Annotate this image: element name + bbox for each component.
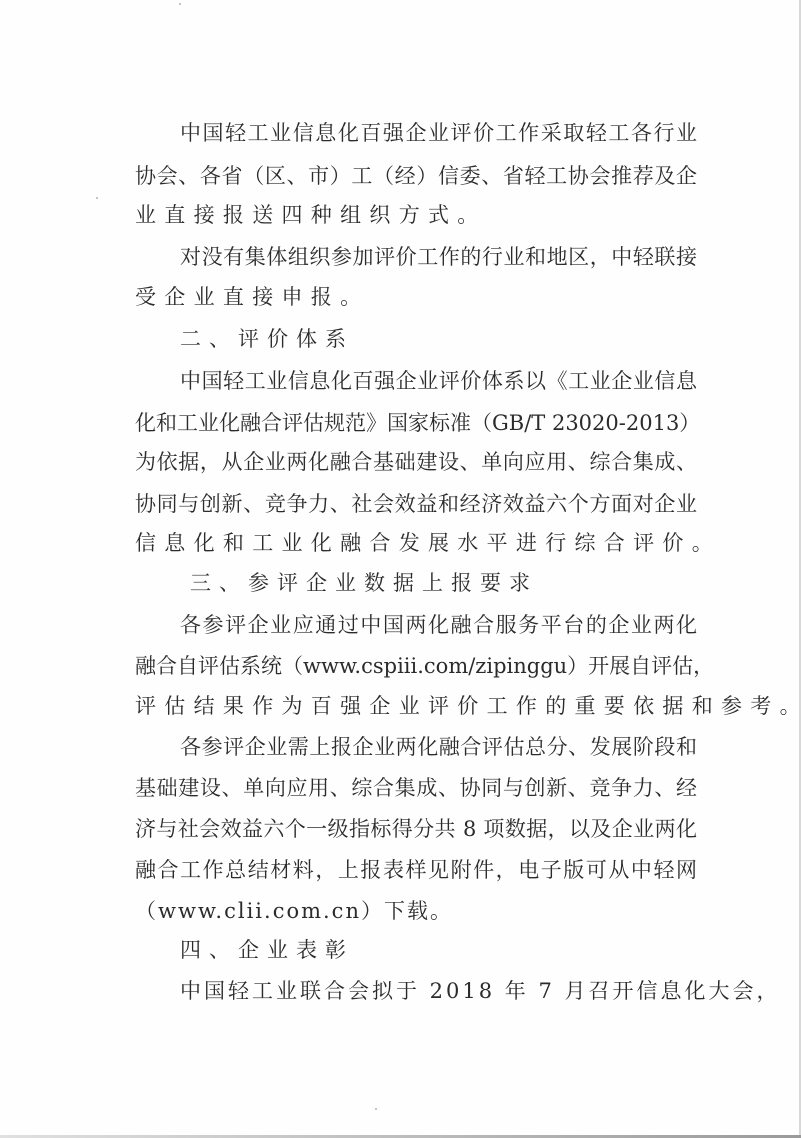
paragraph-5-line-4: 融合工作总结材料，上报表样见附件，电子版可从中轻网 xyxy=(135,855,697,885)
paragraph-2-line-2: 受企业直接申报。 xyxy=(135,282,705,312)
section-heading-data-submission: 三、参评企业数据上报要求 xyxy=(190,568,760,598)
section-heading-evaluation-system: 二、评价体系 xyxy=(180,324,750,354)
paragraph-3-line-2: 化和工业化融合评估规范》国家标准（GB/T 23020-2013） xyxy=(135,408,697,438)
paragraph-3-line-5: 信息化和工业化融合发展水平进行综合评价。 xyxy=(135,528,705,558)
paragraph-3-line-3: 为依据，从企业两化融合基础建设、单向应用、综合集成、 xyxy=(135,447,697,477)
paragraph-3-line-1: 中国轻工业信息化百强企业评价体系以《工业企业信息 xyxy=(180,366,697,396)
paragraph-1-line-2: 协会、各省（区、市）工（经）信委、省轻工协会推荐及企 xyxy=(135,161,697,191)
paragraph-1-line-3: 业直接报送四种组织方式。 xyxy=(135,200,705,230)
paragraph-5-line-5: （www.clii.com.cn）下载。 xyxy=(135,896,705,926)
paragraph-6-line-1: 中国轻工业联合会拟于 2018 年 7 月召开信息化大会， xyxy=(180,976,750,1006)
paragraph-4-line-3: 评估结果作为百强企业评价工作的重要依据和参考。 xyxy=(135,691,705,721)
paragraph-4-line-1: 各参评企业应通过中国两化融合服务平台的企业两化 xyxy=(180,610,697,640)
paragraph-5-line-2: 基础建设、单向应用、综合集成、协同与创新、竞争力、经 xyxy=(135,773,697,803)
scan-speck xyxy=(179,3,181,5)
scan-speck xyxy=(96,197,98,199)
paragraph-1-line-1: 中国轻工业信息化百强企业评价工作采取轻工各行业 xyxy=(180,118,697,148)
paragraph-5-line-3: 济与社会效益六个一级指标得分共 8 项数据，以及企业两化 xyxy=(135,814,697,844)
paragraph-2-line-1: 对没有集体组织参加评价工作的行业和地区，中轻联接 xyxy=(180,242,697,272)
paragraph-5-line-1: 各参评企业需上报企业两化融合评估总分、发展阶段和 xyxy=(180,732,697,762)
section-heading-enterprise-recognition: 四、企业表彰 xyxy=(180,935,750,965)
scan-speck xyxy=(375,1108,377,1110)
paragraph-4-line-2: 融合自评估系统（www.cspiii.com/zipinggu）开展自评估， xyxy=(135,651,697,681)
scanned-document-page: 中国轻工业信息化百强企业评价工作采取轻工各行业 协会、各省（区、市）工（经）信委… xyxy=(0,0,801,1138)
paragraph-3-line-4: 协同与创新、竞争力、社会效益和经济效益六个方面对企业 xyxy=(135,489,697,519)
